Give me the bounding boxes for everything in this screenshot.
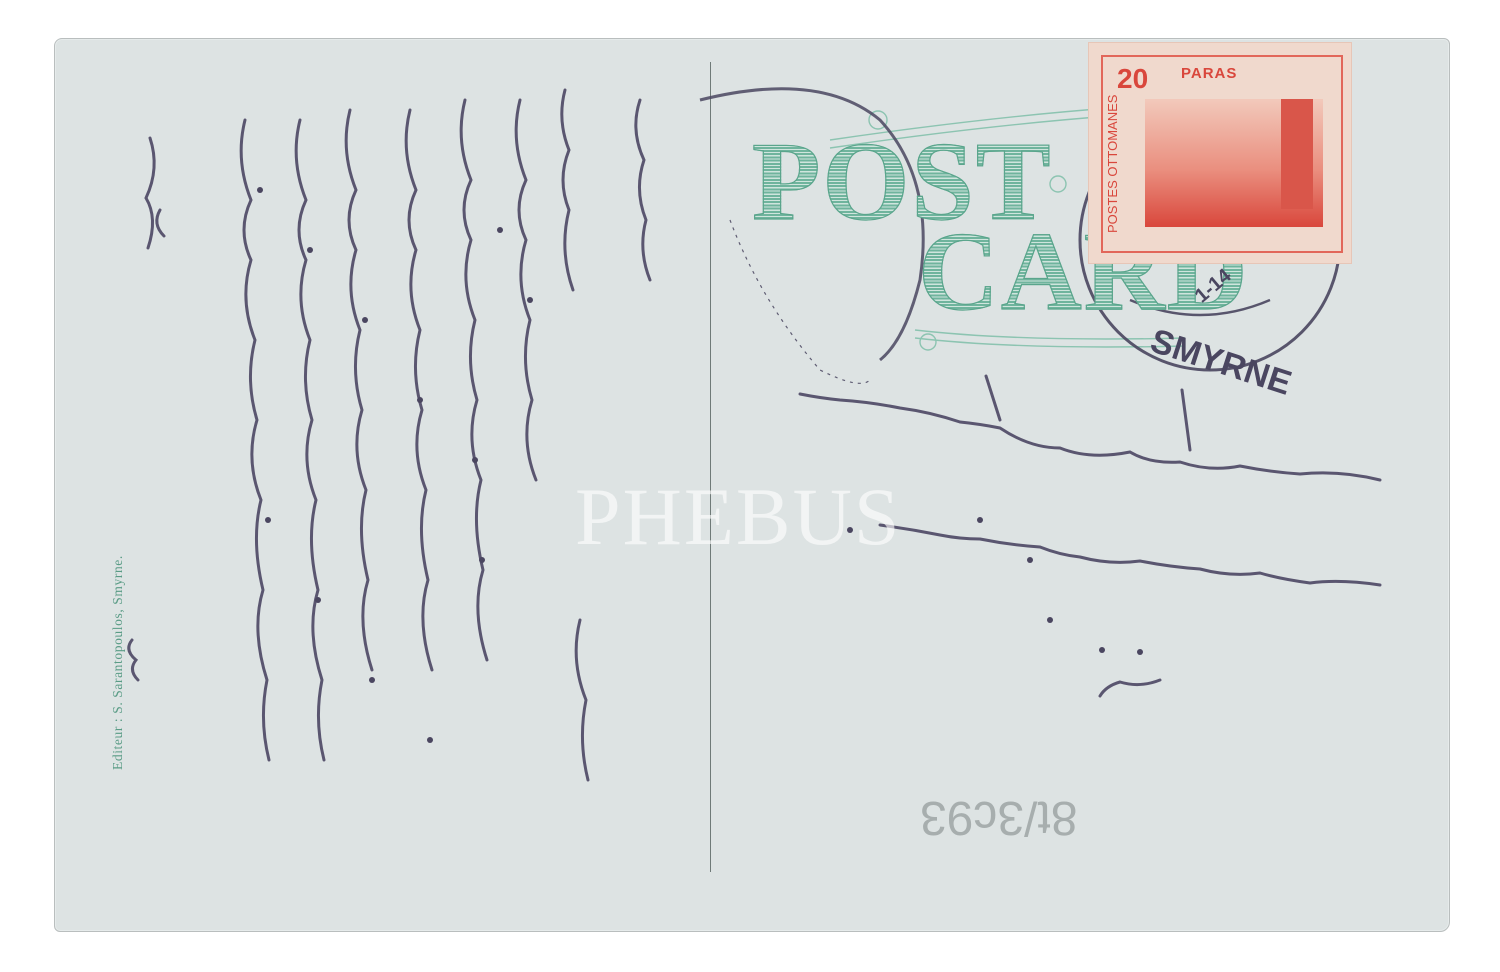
- postmark-date: 1-14: [1191, 264, 1236, 307]
- pencil-inventory-note: 8t/3c93: [920, 790, 1077, 845]
- postmark-city: SMYRNE: [1146, 322, 1296, 403]
- phebus-watermark: PHEBUS: [575, 470, 901, 564]
